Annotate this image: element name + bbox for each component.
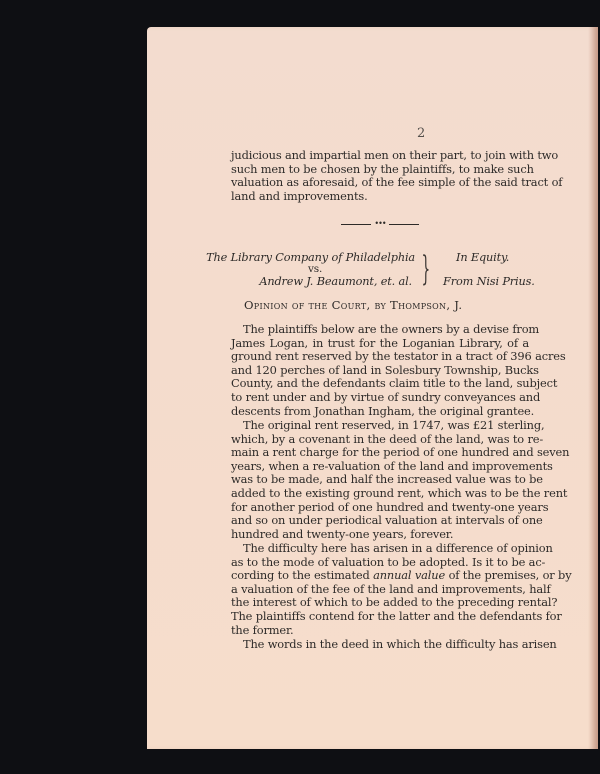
paragraph-1: The plaintiffs below are the owners by a… — [231, 323, 529, 418]
text-line: The words in the deed in which the diffi… — [231, 638, 529, 652]
court-origin: From Nisi Prius. — [443, 275, 535, 289]
text-line: added to the existing ground rent, which… — [231, 487, 529, 501]
text-line: judicious and impartial men on their par… — [231, 149, 529, 163]
text-line: The plaintiffs contend for the latter an… — [231, 610, 529, 624]
text-line: for another period of one hundred and tw… — [231, 501, 529, 515]
paragraph-2: The original rent reserved, in 1747, was… — [231, 419, 529, 541]
continuation-paragraph: judicious and impartial men on their par… — [231, 149, 529, 203]
text-line: James Logan, in trust for the Loganian L… — [231, 337, 529, 351]
text-fragment: of the premises, or by — [445, 568, 571, 582]
text-line: and so on under periodical valuation at … — [231, 514, 529, 528]
document-page: 2 judicious and impartial men on their p… — [147, 27, 598, 749]
text-line: main a rent charge for the period of one… — [231, 446, 529, 460]
text-line: hundred and twenty-one years, forever. — [231, 528, 529, 542]
text-line: as to the mode of valuation to be adopte… — [231, 556, 529, 570]
court-type: In Equity. — [456, 251, 509, 265]
text-line: years, when a re-valuation of the land a… — [231, 460, 529, 474]
page-number: 2 — [417, 127, 425, 141]
text-line: The original rent reserved, in 1747, was… — [231, 419, 529, 433]
text-line: valuation as aforesaid, of the fee simpl… — [231, 176, 529, 190]
paragraph-4: The words in the deed in which the diffi… — [231, 638, 529, 652]
text-line: The plaintiffs below are the owners by a… — [231, 323, 529, 337]
italic-phrase: annual value — [373, 568, 445, 582]
text-line: descents from Jonathan Ingham, the origi… — [231, 405, 529, 419]
text-line: ground rent reserved by the testator in … — [231, 350, 529, 364]
text-line: a valuation of the fee of the land and i… — [231, 583, 529, 597]
text-fragment: cording to the estimated — [231, 568, 373, 582]
opinion-heading: Opinion of the Court, by Thompson, J. — [244, 299, 462, 313]
brace-icon: } — [421, 252, 430, 286]
text-line: County, and the defendants claim title t… — [231, 377, 529, 391]
divider-dots: ••• — [371, 221, 389, 227]
paragraph-3: The difficulty here has arisen in a diff… — [231, 542, 529, 637]
text-line: to rent under and by virtue of sundry co… — [231, 391, 529, 405]
text-line: The difficulty here has arisen in a diff… — [231, 542, 529, 556]
case-caption: The Library Company of Philadelphia vs. … — [223, 251, 535, 287]
text-line: cording to the estimated annual value of… — [231, 569, 529, 583]
text-line: the former. — [231, 624, 529, 638]
text-line: was to be made, and half the increased v… — [231, 473, 529, 487]
defendant-name: Andrew J. Beaumont, et. al. — [259, 275, 412, 289]
text-line: and 120 perches of land in Solesbury Tow… — [231, 364, 529, 378]
text-line: which, by a covenant in the deed of the … — [231, 433, 529, 447]
text-line: such men to be chosen by the plaintiffs,… — [231, 163, 529, 177]
text-line: the interest of which to be added to the… — [231, 596, 529, 610]
section-divider-ornament-icon: ••• — [341, 222, 419, 228]
text-line: land and improvements. — [231, 190, 529, 204]
page-edge-shadow — [588, 27, 598, 749]
